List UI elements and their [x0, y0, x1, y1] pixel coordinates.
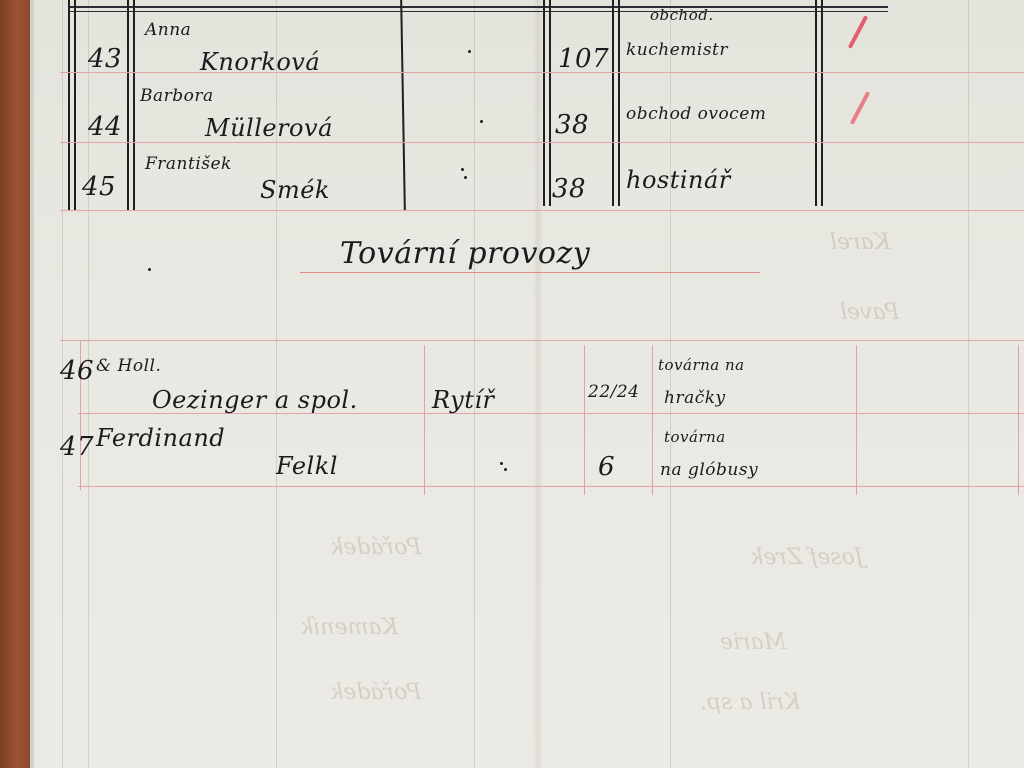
column-rule: [856, 345, 857, 495]
row-rule: [60, 340, 1024, 341]
entry-trade: hostinář: [626, 166, 731, 194]
column-rule: [549, 0, 551, 206]
entry-number: 46: [60, 356, 94, 386]
column-rule: [612, 0, 614, 206]
row-rule: [60, 210, 1024, 211]
entry-trade-line2: hračky: [664, 388, 726, 408]
bleed-through-text: Josef Zrek: [750, 545, 864, 570]
entry-first-name: Ferdinand: [96, 424, 225, 452]
entry-trade: obchod ovocem: [626, 104, 766, 124]
entry-number: 43: [88, 44, 122, 74]
row-rule: [78, 486, 1024, 487]
table-top-rule: [68, 6, 888, 8]
entry-street: Rytíř: [432, 386, 495, 414]
bleed-through-text: Pavel: [840, 300, 899, 325]
ditto-mark: [468, 50, 471, 53]
entry-house-number: 38: [552, 174, 586, 204]
ink-speck: [148, 268, 151, 271]
entry-surname: Felkl: [276, 452, 338, 480]
desk-surface: [0, 0, 34, 768]
entry-house-number: 38: [555, 110, 589, 140]
entry-house-number: 22/24: [588, 382, 640, 402]
entry-trade-line1: továrna na: [658, 356, 745, 374]
entry-number: 45: [82, 172, 116, 202]
bleed-through-text: Karel: [830, 230, 890, 255]
bleed-through-text: Kameník: [300, 615, 398, 640]
row-rule: [60, 142, 1024, 143]
bleed-through-text: Marie: [720, 630, 786, 655]
column-rule: [618, 0, 620, 206]
entry-trade: kuchemistr: [626, 40, 728, 60]
entry-surname: Oezinger a spol.: [152, 386, 358, 414]
heading-underline: [300, 272, 760, 273]
page-fold: [533, 0, 543, 768]
section-heading: Tovární provozy: [340, 236, 590, 271]
column-rule: [821, 0, 823, 206]
column-rule: [1018, 345, 1019, 495]
column-rule: [424, 345, 425, 495]
entry-surname: Knorková: [200, 48, 320, 76]
column-rule: [127, 0, 129, 210]
column-rule: [815, 0, 817, 206]
entry-first-name: Barbora: [140, 86, 214, 106]
column-rule: [74, 0, 76, 210]
page-guide: [474, 0, 475, 768]
ledger-page: [30, 0, 1024, 768]
column-rule: [543, 0, 545, 206]
ditto-mark: [500, 462, 503, 465]
entry-trade-line1: továrna: [664, 428, 726, 446]
column-rule: [68, 0, 70, 210]
column-rule: [584, 345, 585, 495]
entry-first-name: Anna: [145, 20, 191, 40]
entry-trade-note: obchod.: [650, 6, 714, 24]
entry-first-name: & Holl.: [96, 356, 161, 376]
ditto-mark: [504, 468, 507, 471]
entry-first-name: František: [145, 154, 232, 174]
ditto-mark: [461, 168, 464, 171]
table-top-rule: [68, 11, 888, 12]
page-edge: [30, 0, 34, 768]
entry-trade-line2: na glóbusy: [660, 460, 758, 480]
bleed-through-text: Kril a sp.: [700, 690, 801, 715]
ditto-mark: [464, 176, 467, 179]
column-rule: [652, 345, 653, 495]
entry-house-number: 6: [598, 452, 615, 482]
entry-number: 44: [88, 112, 122, 142]
entry-surname: Müllerová: [205, 114, 333, 142]
ditto-mark: [480, 120, 483, 123]
entry-number: 47: [60, 432, 94, 462]
page-guide: [968, 0, 969, 768]
bleed-through-text: Pořádek: [330, 535, 421, 560]
bleed-through-text: Pořádek: [330, 680, 421, 705]
entry-surname: Smék: [260, 176, 330, 204]
column-rule: [133, 0, 135, 210]
entry-house-number: 107: [558, 44, 609, 74]
